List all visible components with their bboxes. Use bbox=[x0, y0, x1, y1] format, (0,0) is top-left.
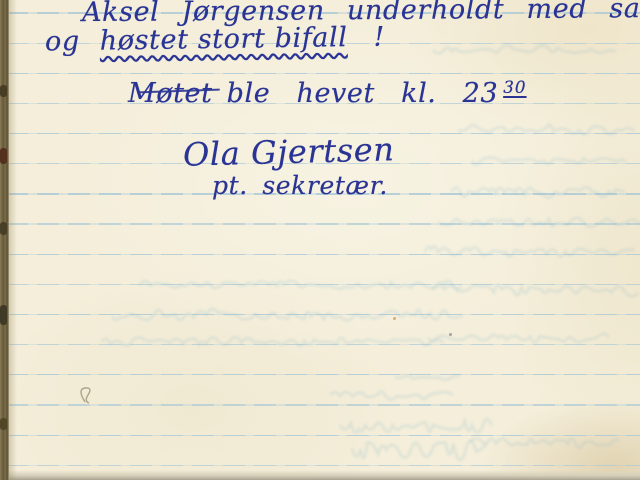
binding-blemish bbox=[0, 305, 7, 325]
binding-blemish bbox=[0, 85, 7, 97]
binding-blemish bbox=[0, 148, 7, 164]
paper-speck bbox=[393, 317, 396, 320]
binding-shadow bbox=[9, 0, 17, 480]
pencil-mark bbox=[0, 0, 640, 480]
paper-speck bbox=[449, 333, 452, 336]
binding-edge bbox=[0, 0, 9, 480]
page-bottom-edge bbox=[0, 470, 640, 480]
notebook-page-scan: Aksel Jørgensen underholdt med sang oghø… bbox=[0, 0, 640, 480]
binding-blemish bbox=[0, 222, 7, 235]
binding-blemish bbox=[0, 418, 7, 430]
